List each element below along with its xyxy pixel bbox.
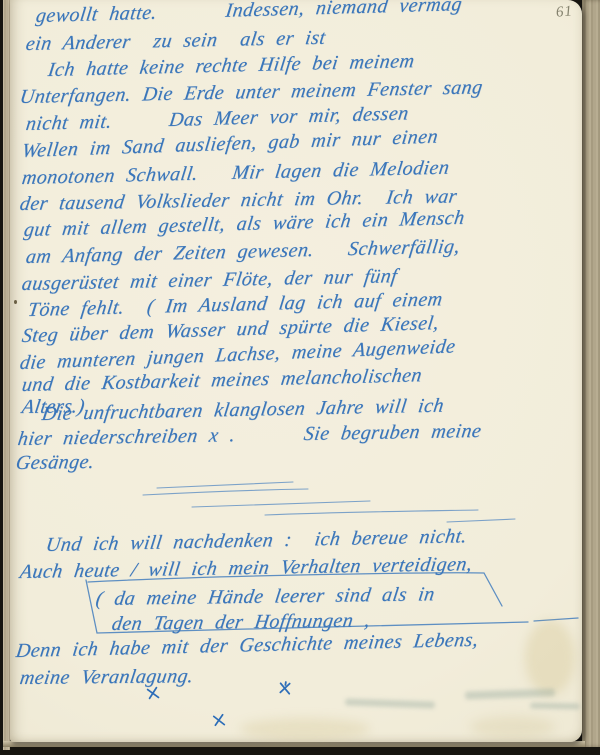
handwritten-line: am Anfang der Zeiten gewesen. Schwerfäll… <box>25 235 462 268</box>
annotation-x-mark <box>145 685 160 700</box>
paper-speck <box>14 300 17 304</box>
handwritten-line: ein Anderer zu sein als er ist <box>24 27 327 55</box>
manuscript-page: 61 gewollt hatte. Indessen, niemand verm… <box>10 0 582 742</box>
handwritten-line: monotonen Schwall. Mir lagen die Melodie… <box>21 157 451 189</box>
ink-bleed-ghost <box>530 703 580 710</box>
annotation-x-mark <box>212 713 227 728</box>
handwritten-line: hier niederschreiben x . Sie begruben me… <box>16 420 482 450</box>
handwritten-line: meine Veranlagung. <box>18 665 195 689</box>
handwritten-line: gewollt hatte. Indessen, niemand vermag <box>35 0 464 27</box>
insertion-bracket <box>70 560 590 650</box>
handwritten-line: Die unfruchtbaren klanglosen Jahre will … <box>40 395 445 425</box>
book-fore-edge-left <box>3 0 10 750</box>
page-number: 61 <box>555 3 573 21</box>
hand-drawn-divider-strokes <box>130 470 530 530</box>
annotation-x-mark <box>277 680 293 696</box>
paper-stain <box>470 716 555 738</box>
ink-bleed-ghost <box>345 698 435 708</box>
handwritten-line: Ich hatte keine rechte Hilfe bei meinem <box>47 50 416 81</box>
paper-stain <box>525 620 575 695</box>
scanned-book-photo: 61 gewollt hatte. Indessen, niemand verm… <box>0 0 600 755</box>
paper-stain <box>240 718 370 740</box>
handwritten-line: Unterfangen. Die Erde unter meinem Fenst… <box>18 76 484 108</box>
ink-bleed-ghost <box>465 688 555 699</box>
handwritten-line: Und ich will nachdenken : ich bereue nic… <box>44 525 468 556</box>
handwritten-line: Gesänge. <box>14 451 96 474</box>
